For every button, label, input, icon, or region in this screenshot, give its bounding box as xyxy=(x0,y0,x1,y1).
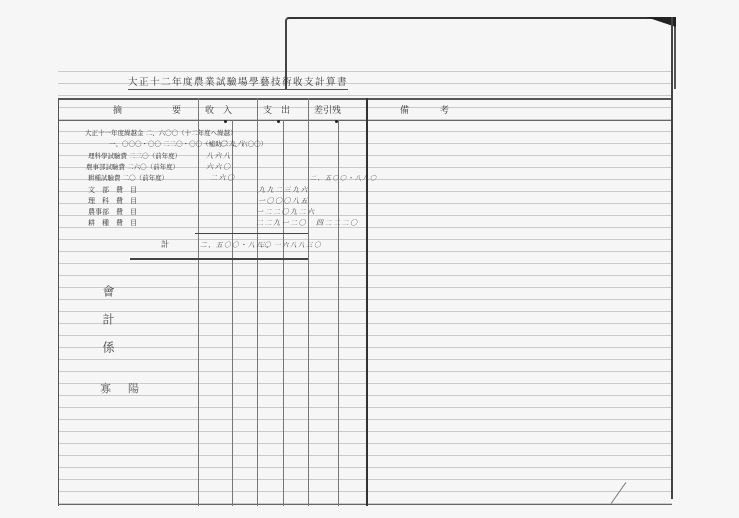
total-top-line xyxy=(195,233,308,234)
total-expense: 三、一六八八三〇 xyxy=(258,240,322,249)
row-expense: 一〇〇〇八五 xyxy=(258,196,309,206)
column-marker xyxy=(335,120,338,123)
column-line xyxy=(283,120,284,506)
column-line xyxy=(198,98,199,506)
column-line xyxy=(257,98,258,506)
header-remarks-1: 備 xyxy=(400,103,409,116)
total-label: 計 xyxy=(161,239,169,250)
row-income: 六六〇 xyxy=(206,162,232,172)
page-right-border xyxy=(671,17,673,499)
header-description-2: 要 xyxy=(172,103,181,116)
row-description: 理 科 費 目 xyxy=(88,196,137,206)
ruled-lines xyxy=(58,60,672,506)
row-description: 耕 種 費 目 xyxy=(88,218,137,228)
row-description: 耕種試驗費 二〇（前年度） xyxy=(88,173,168,182)
row-description: 大正十一年度繰越金 二、六〇〇（十二年度へ繰越） xyxy=(85,128,237,137)
table-top-border xyxy=(58,98,672,100)
column-line xyxy=(308,98,309,506)
row-description: 農事部 費 目 xyxy=(88,207,137,217)
row-income: 一、〇九八 xyxy=(203,139,246,149)
row-description: 文 部 費 目 xyxy=(88,185,137,195)
row-description: 農事部試驗費 二六〇（前年度） xyxy=(86,162,179,171)
row-income: 八六八 xyxy=(206,151,232,161)
row-expense: 一二二〇九二六 xyxy=(256,207,316,217)
column-marker xyxy=(224,120,227,123)
header-expense: 支 出 xyxy=(263,103,290,116)
header-balance: 差引残 xyxy=(314,103,341,116)
row-expense: 二二九一二〇 xyxy=(256,218,307,228)
page-left-border xyxy=(58,98,59,506)
row-balance: 四二二二〇 xyxy=(316,218,359,228)
document-title: 大正十二年度農業試驗場學藝技術收支計算書 xyxy=(128,74,348,90)
remarks-column-line xyxy=(366,98,368,506)
header-divider xyxy=(58,120,672,121)
row-income: 二六〇 xyxy=(210,173,236,183)
seal-signature: 寡 陽 xyxy=(100,380,142,396)
row-expense: 九九二三九六 xyxy=(258,185,309,195)
header-remarks-2: 考 xyxy=(440,103,449,116)
row-balance: 二、五〇〇・八八〇 xyxy=(310,173,378,182)
total-bottom-line xyxy=(130,258,308,260)
page-bottom-border xyxy=(58,504,672,505)
row-description: 理科學試驗費 二二〇（前年度） xyxy=(88,151,181,160)
header-description-1: 摘 xyxy=(113,103,122,116)
column-marker xyxy=(277,120,280,123)
accounting-section-label: 會計係 xyxy=(100,285,117,369)
header-income: 收 入 xyxy=(205,103,232,116)
